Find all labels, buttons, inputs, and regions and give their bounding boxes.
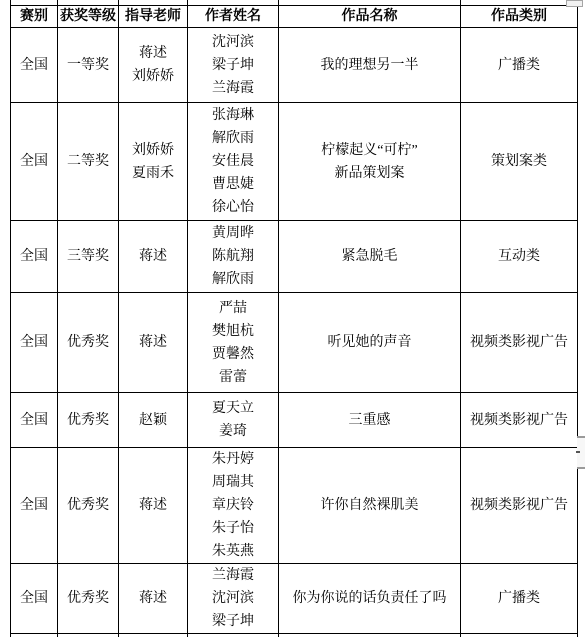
cell-work-title: 柠檬起义“可柠” 新品策划案 [279,103,461,221]
teacher-name: 蒋述 [119,42,187,65]
author-name: 朱丹婷 [188,448,278,471]
cell-award: 优秀奖 [58,393,119,448]
awards-table: 赛别 获奖等级 指导老师 作者姓名 作品名称 作品类别 全国 一等奖 蒋述 刘娇… [10,5,578,634]
author-name: 姜琦 [188,420,278,443]
table-row: 全国 二等奖 刘娇娇 夏雨禾 张海琳 解欣雨 安佳晨 曹思婕 徐心怡 柠檬起义“… [11,103,578,221]
author-name: 兰海霞 [188,564,278,587]
work-title-line: 柠檬起义“可柠” [279,139,460,162]
cell-authors: 沈河滨 梁子坤 兰海霞 [188,28,279,103]
cell-work-title: 三重感 [279,393,461,448]
cell-authors: 朱丹婷 周瑞其 章庆铃 朱子怡 朱英燕 [188,448,279,564]
cell-award: 二等奖 [58,103,119,221]
cell-work-title: 紧急脱毛 [279,221,461,293]
col-header-award: 获奖等级 [58,6,119,28]
author-name: 解欣雨 [188,268,278,291]
author-name: 兰海霞 [188,77,278,100]
work-title-line: 我的理想另一半 [279,54,460,77]
scrollbar-notch [576,451,580,453]
cell-league: 全国 [11,393,58,448]
author-name: 沈河滨 [188,587,278,610]
cell-work-title: 许你自然裸肌美 [279,448,461,564]
cell-league: 全国 [11,564,58,634]
cell-authors: 兰海霞 沈河滨 梁子坤 [188,564,279,634]
cell-category: 广播类 [461,564,578,634]
cell-league: 全国 [11,103,58,221]
cell-category: 策划案类 [461,103,578,221]
cell-teachers: 蒋述 [119,448,188,564]
cell-category: 广播类 [461,28,578,103]
gridline-tick [460,632,461,637]
gridline-tick [57,632,58,637]
work-title-line: 听见她的声音 [279,331,460,354]
work-title-line: 许你自然裸肌美 [279,494,460,517]
table-header-row: 赛别 获奖等级 指导老师 作者姓名 作品名称 作品类别 [11,6,578,28]
col-header-teacher: 指导老师 [119,6,188,28]
gridline-tick [10,632,11,637]
col-header-category: 作品类别 [461,6,578,28]
author-name: 张海琳 [188,104,278,127]
cell-category: 视频类影视广告 [461,393,578,448]
cell-teachers: 蒋述 [119,293,188,393]
author-name: 黄周晔 [188,222,278,245]
cell-work-title: 听见她的声音 [279,293,461,393]
cell-league: 全国 [11,448,58,564]
cell-teachers: 蒋述 [119,221,188,293]
author-name: 解欣雨 [188,127,278,150]
table-row: 全国 优秀奖 蒋述 严喆 樊旭杭 贾馨然 雷蕾 听见她的声音 视频类影视广告 [11,293,578,393]
cell-category: 互动类 [461,221,578,293]
cell-league: 全国 [11,221,58,293]
gridline-tick [10,0,11,5]
col-header-work-title: 作品名称 [279,6,461,28]
author-name: 安佳晨 [188,150,278,173]
cell-category: 视频类影视广告 [461,448,578,564]
author-name: 曹思婕 [188,173,278,196]
author-name: 沈河滨 [188,31,278,54]
cell-league: 全国 [11,293,58,393]
cell-authors: 黄周晔 陈航翔 解欣雨 [188,221,279,293]
author-name: 朱子怡 [188,517,278,540]
cell-award: 三等奖 [58,221,119,293]
cell-award: 优秀奖 [58,564,119,634]
author-name: 陈航翔 [188,245,278,268]
work-title-line: 三重感 [279,409,460,432]
table-row: 全国 一等奖 蒋述 刘娇娇 沈河滨 梁子坤 兰海霞 我的理想另一半 广播类 [11,28,578,103]
teacher-name: 蒋述 [119,245,187,268]
author-name: 徐心怡 [188,196,278,219]
work-title-line: 紧急脱毛 [279,245,460,268]
cell-authors: 张海琳 解欣雨 安佳晨 曹思婕 徐心怡 [188,103,279,221]
teacher-name: 蒋述 [119,494,187,517]
gridline-tick [577,632,578,637]
work-title-line: 新品策划案 [279,162,460,185]
cell-teachers: 刘娇娇 夏雨禾 [119,103,188,221]
author-name: 朱英燕 [188,540,278,563]
author-name: 梁子坤 [188,610,278,633]
teacher-name: 蒋述 [119,587,187,610]
cell-league: 全国 [11,28,58,103]
teacher-name: 蒋述 [119,331,187,354]
cell-teachers: 蒋述 [119,564,188,634]
gridline-tick [278,632,279,637]
gridline-tick [187,0,188,5]
author-name: 严喆 [188,297,278,320]
teacher-name: 夏雨禾 [119,162,187,185]
cell-authors: 夏天立 姜琦 [188,393,279,448]
cell-category: 视频类影视广告 [461,293,578,393]
gridline-tick [278,0,279,5]
table-row: 全国 优秀奖 蒋述 朱丹婷 周瑞其 章庆铃 朱子怡 朱英燕 许你自然裸肌美 视频… [11,448,578,564]
table-row: 全国 优秀奖 赵颖 夏天立 姜琦 三重感 视频类影视广告 [11,393,578,448]
table-row: 全国 优秀奖 蒋述 兰海霞 沈河滨 梁子坤 你为你说的话负责任了吗 广播类 [11,564,578,634]
cell-work-title: 我的理想另一半 [279,28,461,103]
cell-award: 优秀奖 [58,293,119,393]
cell-teachers: 赵颖 [119,393,188,448]
work-title-line: 你为你说的话负责任了吗 [279,587,460,610]
col-header-league: 赛别 [11,6,58,28]
author-name: 梁子坤 [188,54,278,77]
author-name: 贾馨然 [188,343,278,366]
teacher-name: 刘娇娇 [119,139,187,162]
teacher-name: 赵颖 [119,409,187,432]
cell-authors: 严喆 樊旭杭 贾馨然 雷蕾 [188,293,279,393]
gridline-tick [118,0,119,5]
gridline-tick [460,0,461,5]
author-name: 樊旭杭 [188,320,278,343]
author-name: 夏天立 [188,397,278,420]
scrollbar-fragment[interactable] [566,0,583,7]
teacher-name: 刘娇娇 [119,65,187,88]
author-name: 章庆铃 [188,494,278,517]
author-name: 雷蕾 [188,366,278,389]
cell-teachers: 蒋述 刘娇娇 [119,28,188,103]
table-row: 全国 三等奖 蒋述 黄周晔 陈航翔 解欣雨 紧急脱毛 互动类 [11,221,578,293]
gridline-tick [57,0,58,5]
gridline-tick [118,632,119,637]
cell-award: 一等奖 [58,28,119,103]
col-header-author: 作者姓名 [188,6,279,28]
cell-award: 优秀奖 [58,448,119,564]
gridline-tick [187,632,188,637]
author-name: 周瑞其 [188,471,278,494]
cell-work-title: 你为你说的话负责任了吗 [279,564,461,634]
